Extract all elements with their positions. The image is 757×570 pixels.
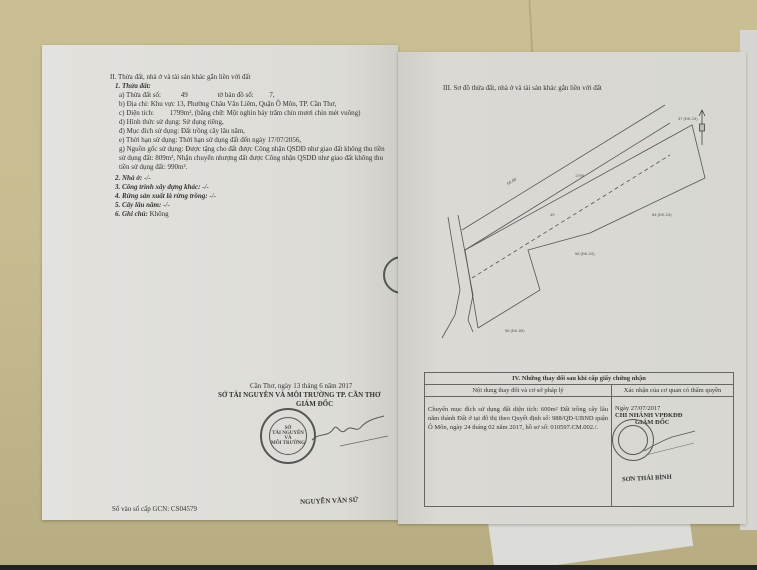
table-row: Chuyển mục đích sử dụng đất diện tích: 6… xyxy=(425,397,734,507)
value: -/- xyxy=(202,183,209,191)
land-address: b) Địa chỉ: Khu vực 13, Phường Châu Văn … xyxy=(119,100,336,109)
perennial-tree-item: 5. Cây lâu năm: -/- xyxy=(115,201,170,210)
neighbor-parcel-label: 84 (ĐK-15) xyxy=(652,212,672,217)
house-item: 2. Nhà ở: -/- xyxy=(115,174,151,183)
column-header: Nội dung thay đổi và cơ sở pháp lý xyxy=(425,385,612,397)
road-edge xyxy=(462,105,665,230)
background-crease xyxy=(528,0,533,60)
signer-title: GIÁM ĐỐC xyxy=(296,400,333,409)
neighbor-parcel-label: 58 (ĐK-15) xyxy=(575,251,595,256)
value: Không xyxy=(150,210,169,218)
confirmation-signer: SƠN THÁI BÌNH xyxy=(622,474,672,484)
neighbor-parcel-label: 37 (ĐK-15) xyxy=(678,116,698,121)
change-confirmation-cell: Ngày 27/07/2017 CHI NHÁNH VPĐKĐĐ GIÁM ĐỐ… xyxy=(612,397,734,507)
parcel-number-label: 49 xyxy=(550,212,555,217)
north-arrow-icon xyxy=(699,110,705,145)
label: đ) Mục đích sử dụng: xyxy=(119,127,179,135)
section-ii-title: II. Thửa đất, nhà ở và tài sản khác gắn … xyxy=(110,73,251,82)
other-construction-item: 3. Công trình xây dựng khác: -/- xyxy=(115,183,209,192)
bottom-shadow xyxy=(0,565,757,570)
value: -/- xyxy=(144,174,151,182)
value: Đất trồng cây lâu năm, xyxy=(181,127,245,135)
branch-signature xyxy=(642,427,697,457)
label: b) Địa chỉ: xyxy=(119,100,149,108)
label: 3. Công trình xây dựng khác: xyxy=(115,183,201,191)
signing-place-date: Cần Thơ, ngày 13 tháng 6 năm 2017 xyxy=(250,382,352,391)
change-content: Chuyển mục đích sử dụng đất diện tích: 6… xyxy=(425,397,612,507)
label: tờ bản đồ số: xyxy=(217,91,253,99)
section-iii-title: III. Sơ đồ thửa đất, nhà ở và tài sản kh… xyxy=(443,84,602,93)
label: g) Nguồn gốc sử dụng: xyxy=(119,145,183,153)
label: 5. Cây lâu năm: xyxy=(115,201,161,209)
parcel-area-label: 1799 xyxy=(575,173,585,178)
column-header: Xác nhận của cơ quan có thẩm quyền xyxy=(612,385,734,397)
land-parcel-map: 1799 49 60.80 37 (ĐK-15) 84 (ĐK-15) 58 (… xyxy=(440,100,730,355)
confirmation-agency: CHI NHÁNH VPĐKĐĐ xyxy=(615,412,730,419)
label: 6. Ghi chú: xyxy=(115,210,148,218)
seal-inner: SỞ TÀI NGUYÊN VÀ MÔI TRƯỜNG xyxy=(269,417,307,455)
land-usage-purpose: đ) Mục đích sử dụng: Đất trồng cây lâu n… xyxy=(119,127,245,136)
note-item: 6. Ghi chú: Không xyxy=(115,210,169,219)
director-signature xyxy=(310,412,390,452)
value: Khu vực 13, Phường Châu Văn Liêm, Quận Ô… xyxy=(151,100,337,108)
registry-number: Số vào sổ cấp GCN: CS04579 xyxy=(112,505,197,514)
land-usage-term: e) Thời hạn sử dụng: Thời hạn sử dụng đấ… xyxy=(119,136,301,145)
value: 49 xyxy=(181,91,188,99)
value: -/- xyxy=(163,201,170,209)
value: 7, xyxy=(269,91,274,99)
label: a) Thửa đất số: xyxy=(119,91,161,99)
confirmation-date: Ngày 27/07/2017 xyxy=(615,405,730,412)
changes-table-title: IV. Những thay đổi sau khi cấp giấy chứn… xyxy=(425,373,734,385)
land-usage-origin: g) Nguồn gốc sử dụng: Được tặng cho đất … xyxy=(119,145,387,172)
official-seal-stamp: SỞ TÀI NGUYÊN VÀ MÔI TRƯỜNG xyxy=(260,408,316,464)
value: Sử dụng riêng, xyxy=(182,118,223,126)
changes-table: IV. Những thay đổi sau khi cấp giấy chứn… xyxy=(424,372,734,507)
planted-forest-item: 4. Rừng sản xuất là rừng trồng: -/- xyxy=(115,192,216,201)
label: e) Thời hạn sử dụng: xyxy=(119,136,177,144)
label: d) Hình thức sử dụng: xyxy=(119,118,181,126)
issuing-agency: SỞ TÀI NGUYÊN VÀ MÔI TRƯỜNG TP. CẦN THƠ xyxy=(218,391,380,400)
value: Thời hạn sử dụng đất đến ngày 17/07/2056… xyxy=(179,136,301,144)
label: 4. Rừng sản xuất là rừng trồng: xyxy=(115,192,208,200)
seal-text: MÔI TRƯỜNG xyxy=(271,441,305,446)
road-width-label: 60.80 xyxy=(506,176,518,186)
value: -/- xyxy=(209,192,216,200)
neighbor-parcel-label: 56 (ĐK-89) xyxy=(505,328,525,333)
label: 2. Nhà ở: xyxy=(115,174,142,182)
land-usage-form: d) Hình thức sử dụng: Sử dụng riêng, xyxy=(119,118,224,127)
land-area: c) Diện tích: 1799m², (bằng chữ: Một ngh… xyxy=(119,109,360,118)
land-subsection-title: 1. Thửa đất: xyxy=(115,82,151,91)
value: 1799m², (bằng chữ: Một nghìn bảy trăm ch… xyxy=(170,109,361,117)
land-parcel-number: a) Thửa đất số: 49 tờ bản đồ số: 7, xyxy=(119,91,275,100)
label: c) Diện tích: xyxy=(119,109,154,117)
